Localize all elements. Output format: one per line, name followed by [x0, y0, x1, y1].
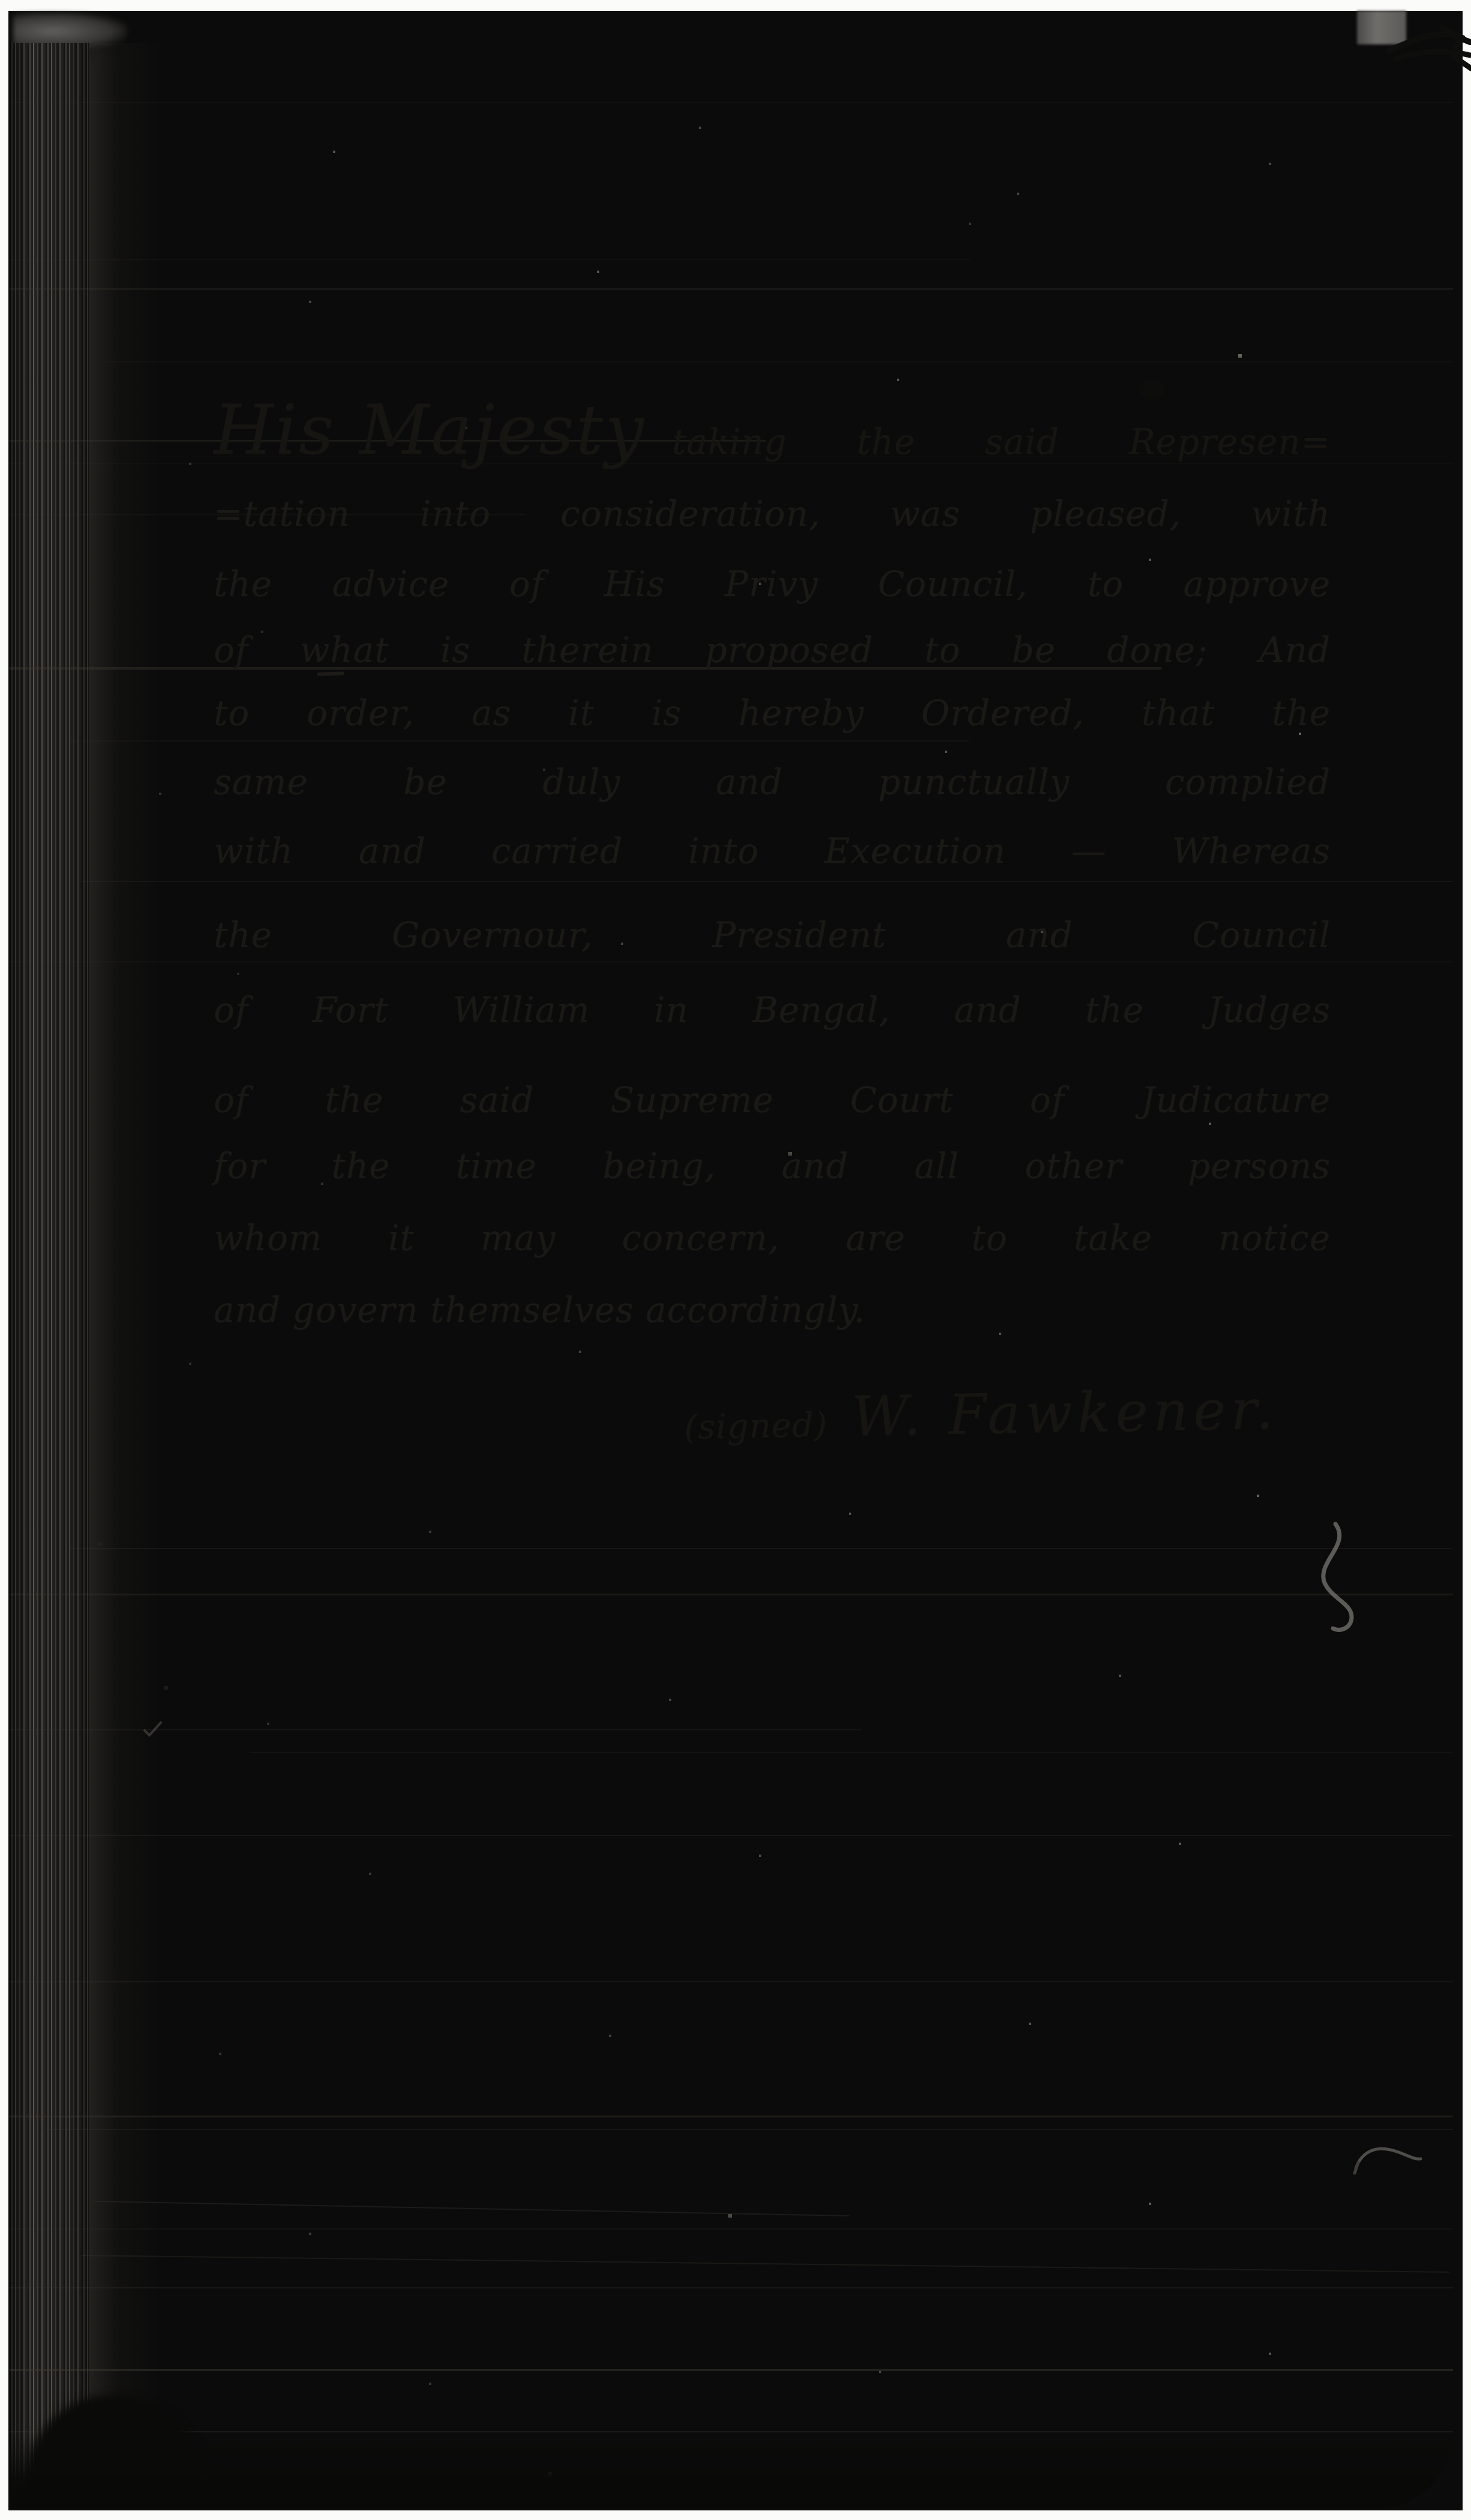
scanner-bed-background: His Majesty taking the said Represen= =t…: [8, 11, 1463, 2510]
bottom-scan-shadow: [10, 2434, 1453, 2509]
handwritten-line: His Majesty taking the said Represen=: [214, 396, 1331, 464]
handwritten-line: of Fort William in Bengal, and the Judge…: [214, 990, 1331, 1030]
handwritten-line: of the said Supreme Court of Judicature: [214, 1080, 1331, 1120]
gutter-shadow: [89, 43, 161, 2509]
handwritten-line: =tation into consideration, was pleased,…: [214, 494, 1331, 534]
handwritten-line: for the time being, and all other person…: [214, 1146, 1331, 1186]
pencil-squiggle-icon: [1298, 1520, 1364, 1634]
handwritten-line: whom it may concern, are to take notice: [214, 1218, 1331, 1258]
signature-line: (signed) W. Fawkener.: [683, 1382, 1278, 1447]
scanned-manuscript-image: His Majesty taking the said Represen= =t…: [0, 0, 1471, 2520]
opening-words: His Majesty: [214, 396, 646, 464]
handwritten-line: and govern themselves accordingly.: [214, 1290, 1331, 1330]
corner-mark-icon: [1385, 11, 1471, 77]
paper-speck-layer: [10, 43, 11, 44]
handwritten-line: same be duly and punctually complied: [214, 762, 1331, 802]
handwritten-line: the Governour, President and Council: [214, 915, 1331, 955]
book-binding-gutter: [10, 43, 89, 2509]
signature-name: W. Fawkener.: [851, 1382, 1278, 1444]
handwritten-line: with and carried into Execution — Wherea…: [214, 831, 1331, 871]
handwritten-line: to order, as it is hereby Ordered, that …: [214, 693, 1331, 733]
opening-line-rest: taking the said Represen=: [672, 422, 1331, 462]
handwritten-line: of what is therein proposed to be done; …: [214, 630, 1331, 670]
underline-dash: [317, 671, 344, 676]
check-mark-icon: [143, 1721, 163, 1738]
signature-prefix: (signed): [684, 1408, 828, 1444]
pencil-hook-icon: [1352, 2142, 1424, 2184]
manuscript-page: His Majesty taking the said Represen= =t…: [10, 43, 1453, 2509]
handwritten-line: the advice of His Privy Council, to appr…: [214, 564, 1331, 604]
